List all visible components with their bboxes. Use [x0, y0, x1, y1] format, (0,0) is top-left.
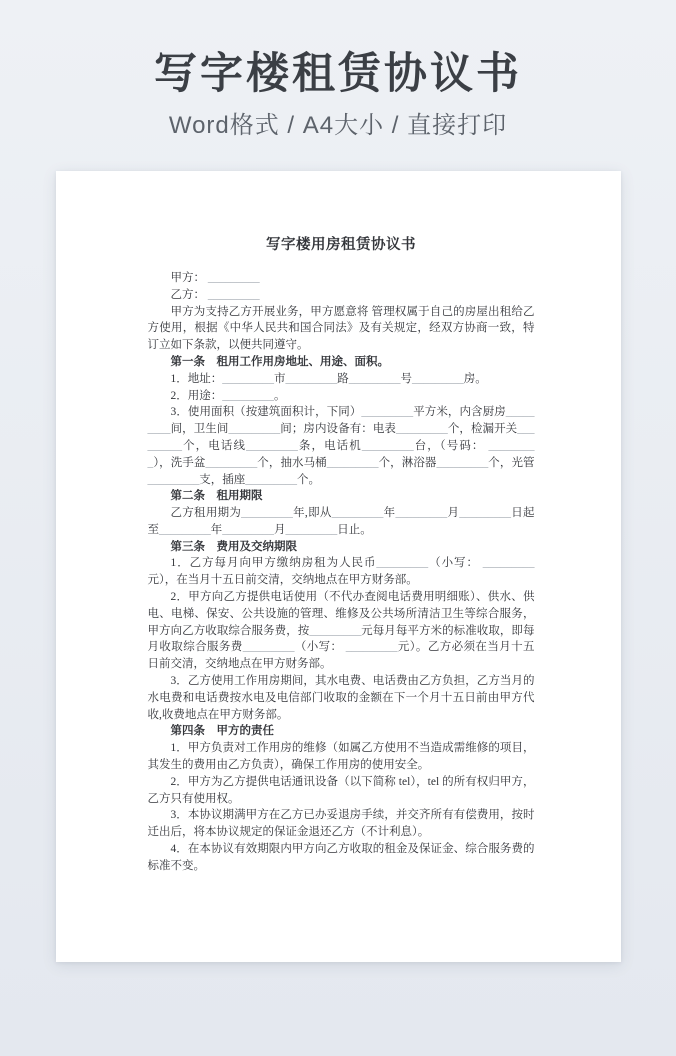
paragraph: 4．在本协议有效期限内甲方向乙方收取的租金及保证金、综合服务费的标准不变。	[148, 841, 535, 875]
blank-field: _________	[362, 440, 414, 452]
blank-field: _________	[222, 390, 274, 402]
blank-field: _________	[208, 289, 260, 301]
blank-field: _________	[395, 507, 447, 519]
blank-field: _________	[246, 440, 298, 452]
paragraph: 1．甲方负责对工作用房的维修（如属乙方使用不当造成需维修的项目，其发生的费用由乙…	[148, 740, 535, 774]
document-page-preview: 写字楼用房租赁协议书 甲方： _________乙方： _________甲方为…	[56, 171, 621, 962]
paragraph: 甲方： _________	[148, 270, 535, 287]
blank-field: _________	[208, 272, 260, 284]
blank-field: _________	[349, 373, 401, 385]
paragraph: 3．乙方使用工作用房期间，其水电费、电话费由乙方负担，乙方当月的水电费和电话费按…	[148, 673, 535, 723]
blank-field: _________	[361, 406, 413, 418]
blank-field: _________	[459, 507, 511, 519]
page-subtitle: Word格式 / A4大小 / 直接打印	[0, 110, 676, 141]
blank-field: _________	[241, 507, 293, 519]
blank-field: _________	[327, 457, 379, 469]
paragraph: 2．用途：_________。	[148, 388, 535, 405]
paragraph: 甲方为支持乙方开展业务，甲方愿意将 管理权属于自己的房屋出租给乙方使用，根据《中…	[148, 304, 535, 354]
blank-field: _________	[222, 373, 274, 385]
page-background: { "header": { "title": "写字楼租赁协议书", "subt…	[0, 0, 676, 1056]
blank-field: _________	[483, 557, 535, 569]
paragraph: 3．本协议期满甲方在乙方已办妥退房手续，并交齐所有有偿费用，按时迁出后，将本协议…	[148, 807, 535, 841]
blank-field: _________	[222, 524, 274, 536]
blank-field: _________	[148, 474, 200, 486]
paragraph: 3．使用面积（按建筑面积计，下同）_________平方米，内含厨房______…	[148, 404, 535, 488]
blank-field: _________	[243, 641, 295, 653]
blank-field: _________	[148, 406, 535, 435]
clause-heading: 第一条 租用工作用房地址、用途、面积。	[148, 354, 535, 371]
blank-field: _________	[148, 423, 535, 452]
paragraph: 1．地址：_________市_________路_________号_____…	[148, 371, 535, 388]
blank-field: _________	[205, 457, 257, 469]
blank-field: _________	[286, 373, 338, 385]
paragraph: 乙方： _________	[148, 287, 535, 304]
document-title: 写字楼用房租赁协议书	[148, 233, 535, 254]
paragraph: 乙方租用期为_________年,即从_________年_________月_…	[148, 505, 535, 539]
blank-field: _________	[396, 423, 448, 435]
clause-heading: 第二条 租用期限	[148, 488, 535, 505]
blank-field: _________	[245, 474, 297, 486]
page-header: 写字楼租赁协议书 Word格式 / A4大小 / 直接打印	[0, 0, 676, 141]
clause-heading: 第四条 甲方的责任	[148, 723, 535, 740]
paragraph: 1．乙方每月向甲方缴纳房租为人民币_________（小写： _________…	[148, 555, 535, 589]
paragraph: 2．甲方向乙方提供电话使用（不代办查阅电话费用明细账）、供水、供电、电梯、保安、…	[148, 589, 535, 673]
blank-field: _________	[332, 507, 384, 519]
blank-field: _________	[286, 524, 338, 536]
blank-field: _________	[412, 373, 464, 385]
blank-field: _________	[309, 625, 361, 637]
blank-field: _________	[376, 557, 428, 569]
blank-field: _________	[436, 457, 488, 469]
blank-field: _________	[228, 423, 280, 435]
paragraph: 2．甲方为乙方提供电话通讯设备（以下简称 tel），tel 的所有权归甲方，乙方…	[148, 774, 535, 808]
clause-heading: 第三条 费用及交纳期限	[148, 539, 535, 556]
document-body: 甲方： _________乙方： _________甲方为支持乙方开展业务，甲方…	[148, 270, 535, 875]
blank-field: _________	[346, 641, 398, 653]
blank-field: _________	[159, 524, 211, 536]
page-title: 写字楼租赁协议书	[0, 48, 676, 102]
